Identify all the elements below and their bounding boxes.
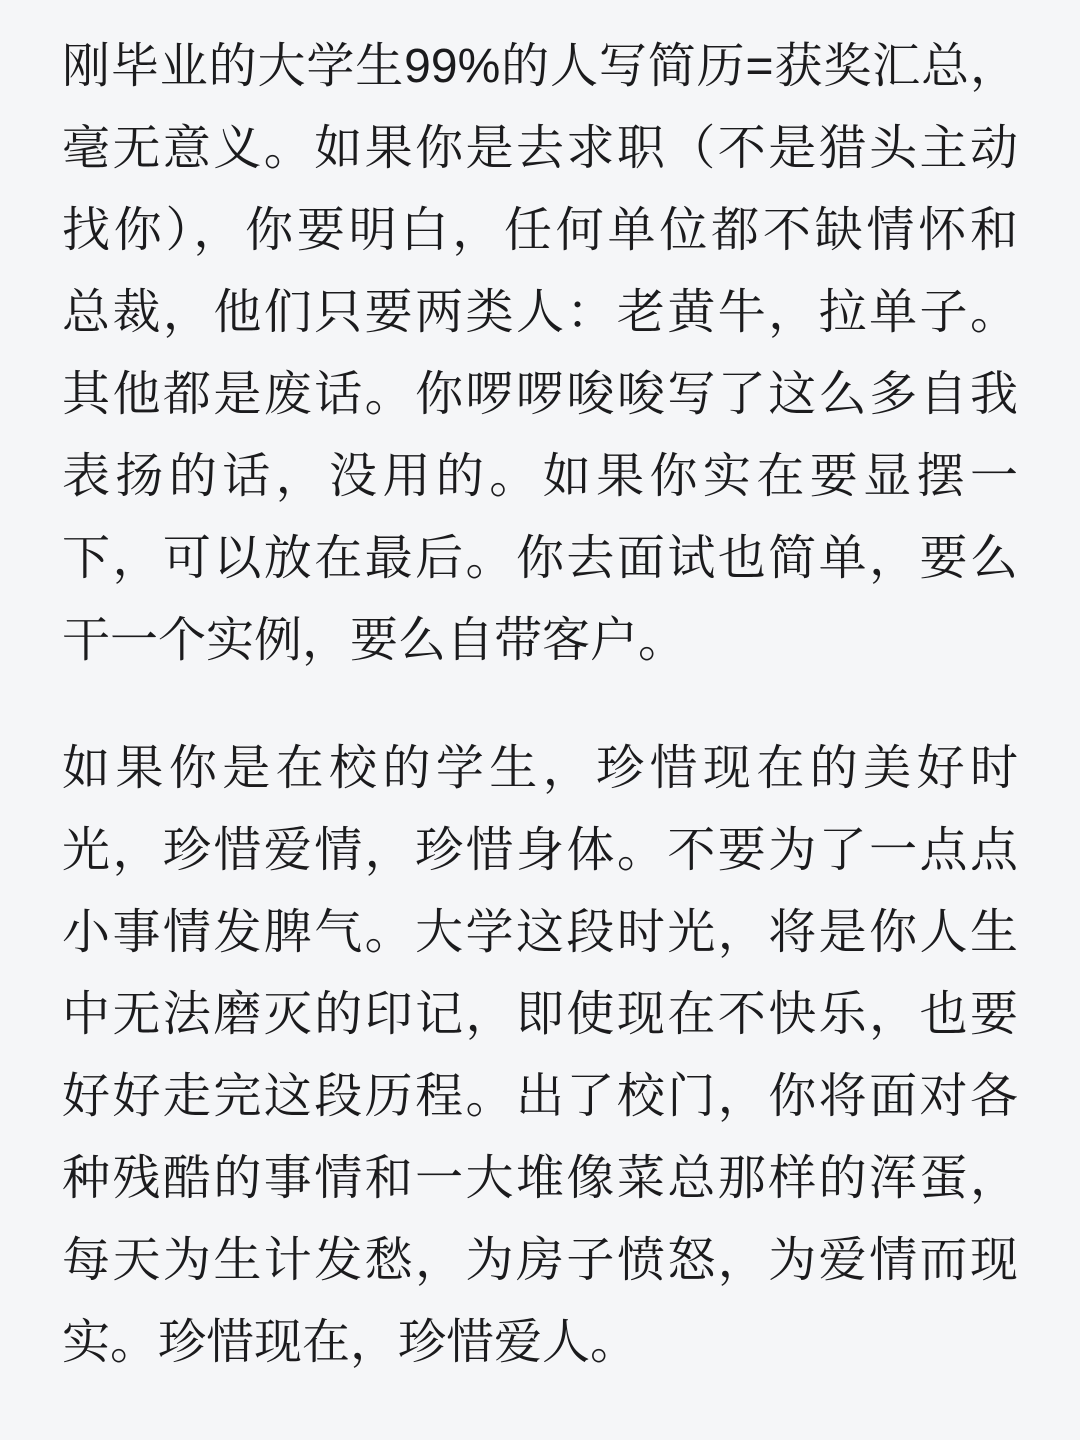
text-line: 中无法磨灭的印记，即使现在不快乐，也要	[62, 974, 1018, 1056]
text-line: 如果你是在校的学生，珍惜现在的美好时	[62, 728, 1018, 810]
text-line: 找你），你要明白，任何单位都不缺情怀和	[62, 190, 1018, 272]
text-line: 毫无意义。如果你是去求职（不是猎头主动	[62, 108, 1018, 190]
paragraph-2: 如果你是在校的学生，珍惜现在的美好时 光，珍惜爱情，珍惜身体。不要为了一点点 小…	[62, 728, 1018, 1384]
text-line: 总裁，他们只要两类人：老黄牛，拉单子。	[62, 272, 1018, 354]
paragraph-1: 刚毕业的大学生99%的人写简历=获奖汇总， 毫无意义。如果你是去求职（不是猎头主…	[62, 26, 1018, 682]
text-line: 其他都是废话。你啰啰唆唆写了这么多自我	[62, 354, 1018, 436]
text-line: 种残酷的事情和一大堆像菜总那样的浑蛋，	[62, 1138, 1018, 1220]
text-line: 光，珍惜爱情，珍惜身体。不要为了一点点	[62, 810, 1018, 892]
article-body: 刚毕业的大学生99%的人写简历=获奖汇总， 毫无意义。如果你是去求职（不是猎头主…	[0, 0, 1080, 1384]
text-line: 实。珍惜现在，珍惜爱人。	[62, 1302, 1018, 1384]
text-line: 好好走完这段历程。出了校门，你将面对各	[62, 1056, 1018, 1138]
text-line: 表扬的话，没用的。如果你实在要显摆一	[62, 436, 1018, 518]
text-line: 下，可以放在最后。你去面试也简单，要么	[62, 518, 1018, 600]
text-line: 小事情发脾气。大学这段时光，将是你人生	[62, 892, 1018, 974]
text-line: 每天为生计发愁，为房子愤怒，为爱情而现	[62, 1220, 1018, 1302]
text-line: 干一个实例，要么自带客户。	[62, 600, 1018, 682]
text-line: 刚毕业的大学生99%的人写简历=获奖汇总，	[62, 26, 1018, 108]
